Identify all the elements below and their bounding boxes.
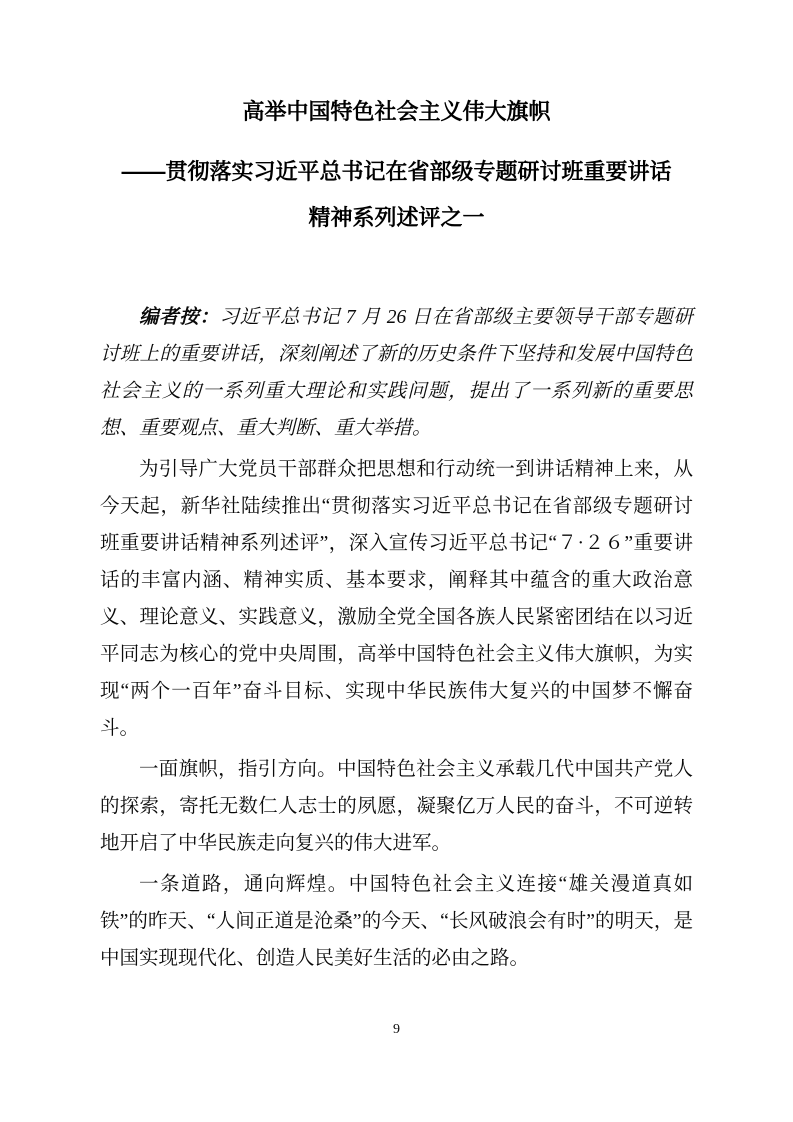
document-body: 编者按：习近平总书记 7 月 26 日在省部级主要领导干部专题研讨班上的重要讲话… bbox=[100, 299, 693, 981]
document-subtitle-line1: ——贯彻落实习近平总书记在省部级专题研讨班重要讲话 bbox=[0, 159, 793, 185]
editor-note-label: 编者按： bbox=[139, 307, 220, 328]
editor-note-paragraph: 编者按：习近平总书记 7 月 26 日在省部级主要领导干部专题研讨班上的重要讲话… bbox=[100, 299, 693, 447]
body-paragraph-1: 为引导广大党员干部群众把思想和行动统一到讲话精神上来，从今天起，新华社陆续推出“… bbox=[100, 451, 693, 747]
document-title: 高举中国特色社会主义伟大旗帜 bbox=[0, 99, 793, 125]
document-subtitle-line2: 精神系列述评之一 bbox=[0, 205, 793, 231]
body-paragraph-2: 一面旗帜，指引方向。中国特色社会主义承载几代中国共产党人的探索，寄托无数仁人志士… bbox=[100, 751, 693, 862]
document-page: 高举中国特色社会主义伟大旗帜 ——贯彻落实习近平总书记在省部级专题研讨班重要讲话… bbox=[0, 0, 793, 1122]
body-paragraph-3: 一条道路，通向辉煌。中国特色社会主义连接“雄关漫道真如铁”的昨天、“人间正道是沧… bbox=[100, 866, 693, 977]
page-number: 9 bbox=[0, 1021, 793, 1039]
